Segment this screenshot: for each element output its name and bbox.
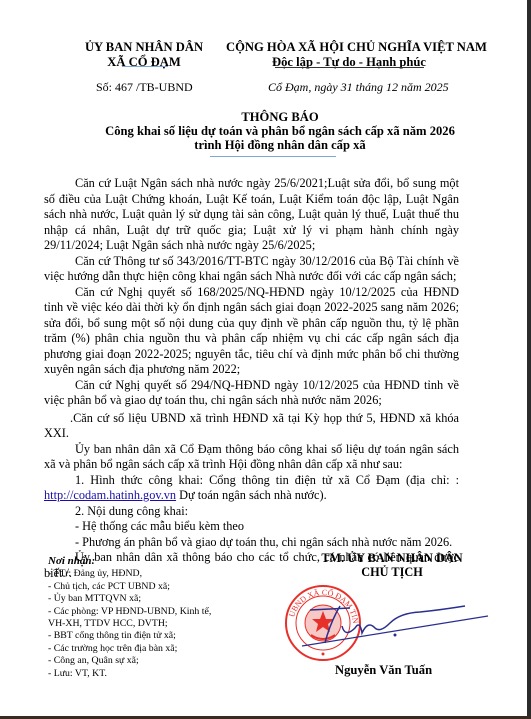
recipient-item: - Chủ tịch, các PCT UBND xã; — [48, 581, 211, 593]
paragraph-legal-basis-1: Căn cứ Luật Ngân sách nhà nước ngày 25/6… — [44, 176, 459, 254]
paragraph-legal-basis-5: .Căn cứ số liệu UBND xã trình HĐND xã tạ… — [44, 411, 459, 442]
agency-underline — [122, 66, 168, 67]
publication-form-suffix: Dự toán ngân sách nhà nước). — [176, 488, 327, 502]
agency-line1: ỦY BAN NHÂN DÂN — [74, 40, 214, 55]
recipient-item: - Ủy ban MTTQVN xã; — [48, 593, 211, 605]
title-line1: Công khai số liệu dự toán và phân bổ ngâ… — [100, 124, 460, 138]
on-behalf-of: TM. ỦY BAN NHÂN DÂN — [292, 551, 492, 565]
document-type: THÔNG BÁO — [100, 110, 460, 124]
content-item-2: - Phương án phân bổ và giao dự toán thu,… — [44, 535, 459, 551]
recipients-list: Nơi nhận: - TTr: Đảng ủy, HĐND, - Chủ tị… — [48, 555, 211, 680]
content-item-1: - Hệ thống các mẫu biểu kèm theo — [44, 519, 459, 535]
recipients-heading: Nơi nhận: — [48, 555, 211, 567]
signer-name: Nguyễn Văn Tuấn — [335, 663, 432, 678]
recipient-item: - Các trường học trên địa bàn xã; — [48, 643, 211, 655]
recipient-item: - Công an, Quân sự xã; — [48, 655, 211, 667]
motto-underline — [275, 67, 424, 68]
recipient-item: - BBT cổng thông tin điện tử xã; — [48, 630, 211, 642]
agency-line2: XÃ CỔ ĐẠM — [74, 55, 214, 70]
paragraph-publication-form: 1. Hình thức công khai: Cổng thông tin đ… — [44, 473, 459, 504]
signer-position: CHỦ TỊCH — [292, 565, 492, 579]
recipient-item: - Lưu: VT, KT. — [48, 668, 211, 680]
document-page: ỦY BAN NHÂN DÂN XÃ CỔ ĐẠM CỘNG HÒA XÃ HỘ… — [0, 0, 527, 716]
title-line2: trình Hội đồng nhân dân cấp xã — [100, 138, 460, 152]
portal-link[interactable]: http://codam.hatinh.gov.vn — [44, 488, 176, 502]
paragraph-legal-basis-4: Căn cứ Nghị quyết số 294/NQ-HĐND ngày 10… — [44, 378, 459, 409]
paragraph-legal-basis-3: Căn cứ Nghị quyết số 168/2025/NQ-HĐND ng… — [44, 285, 459, 378]
paragraph-legal-basis-2: Căn cứ Thông tư số 343/2016/TT-BTC ngày … — [44, 254, 459, 285]
document-body: Căn cứ Luật Ngân sách nhà nước ngày 25/6… — [44, 176, 459, 581]
signature-block: TM. ỦY BAN NHÂN DÂN CHỦ TỊCH — [292, 551, 492, 579]
publication-form-text: 1. Hình thức công khai: Cổng thông tin đ… — [75, 473, 459, 487]
paragraph-content-heading: 2. Nội dung công khai: — [44, 504, 459, 520]
title-underline — [210, 156, 336, 157]
place-date: Cổ Đạm, ngày 31 tháng 12 năm 2025 — [268, 80, 449, 95]
recipient-item: VH-XH, TTDV HCC, DVTH; — [48, 618, 211, 630]
handwritten-signature-icon — [300, 598, 490, 648]
document-number: Số: 467 /TB-UBND — [96, 80, 193, 95]
document-title: THÔNG BÁO Công khai số liệu dự toán và p… — [100, 110, 460, 152]
nation-name: CỘNG HÒA XÃ HỘI CHỦ NGHĨA VIỆT NAM — [226, 40, 472, 55]
paragraph-announcement: Ủy ban nhân dân xã Cổ Đạm thông báo công… — [44, 442, 459, 473]
national-heading: CỘNG HÒA XÃ HỘI CHỦ NGHĨA VIỆT NAM Độc l… — [226, 40, 472, 70]
recipient-item: - TTr: Đảng ủy, HĐND, — [48, 568, 211, 580]
recipient-item: - Các phòng: VP HĐND-UBND, Kinh tế, — [48, 606, 211, 618]
